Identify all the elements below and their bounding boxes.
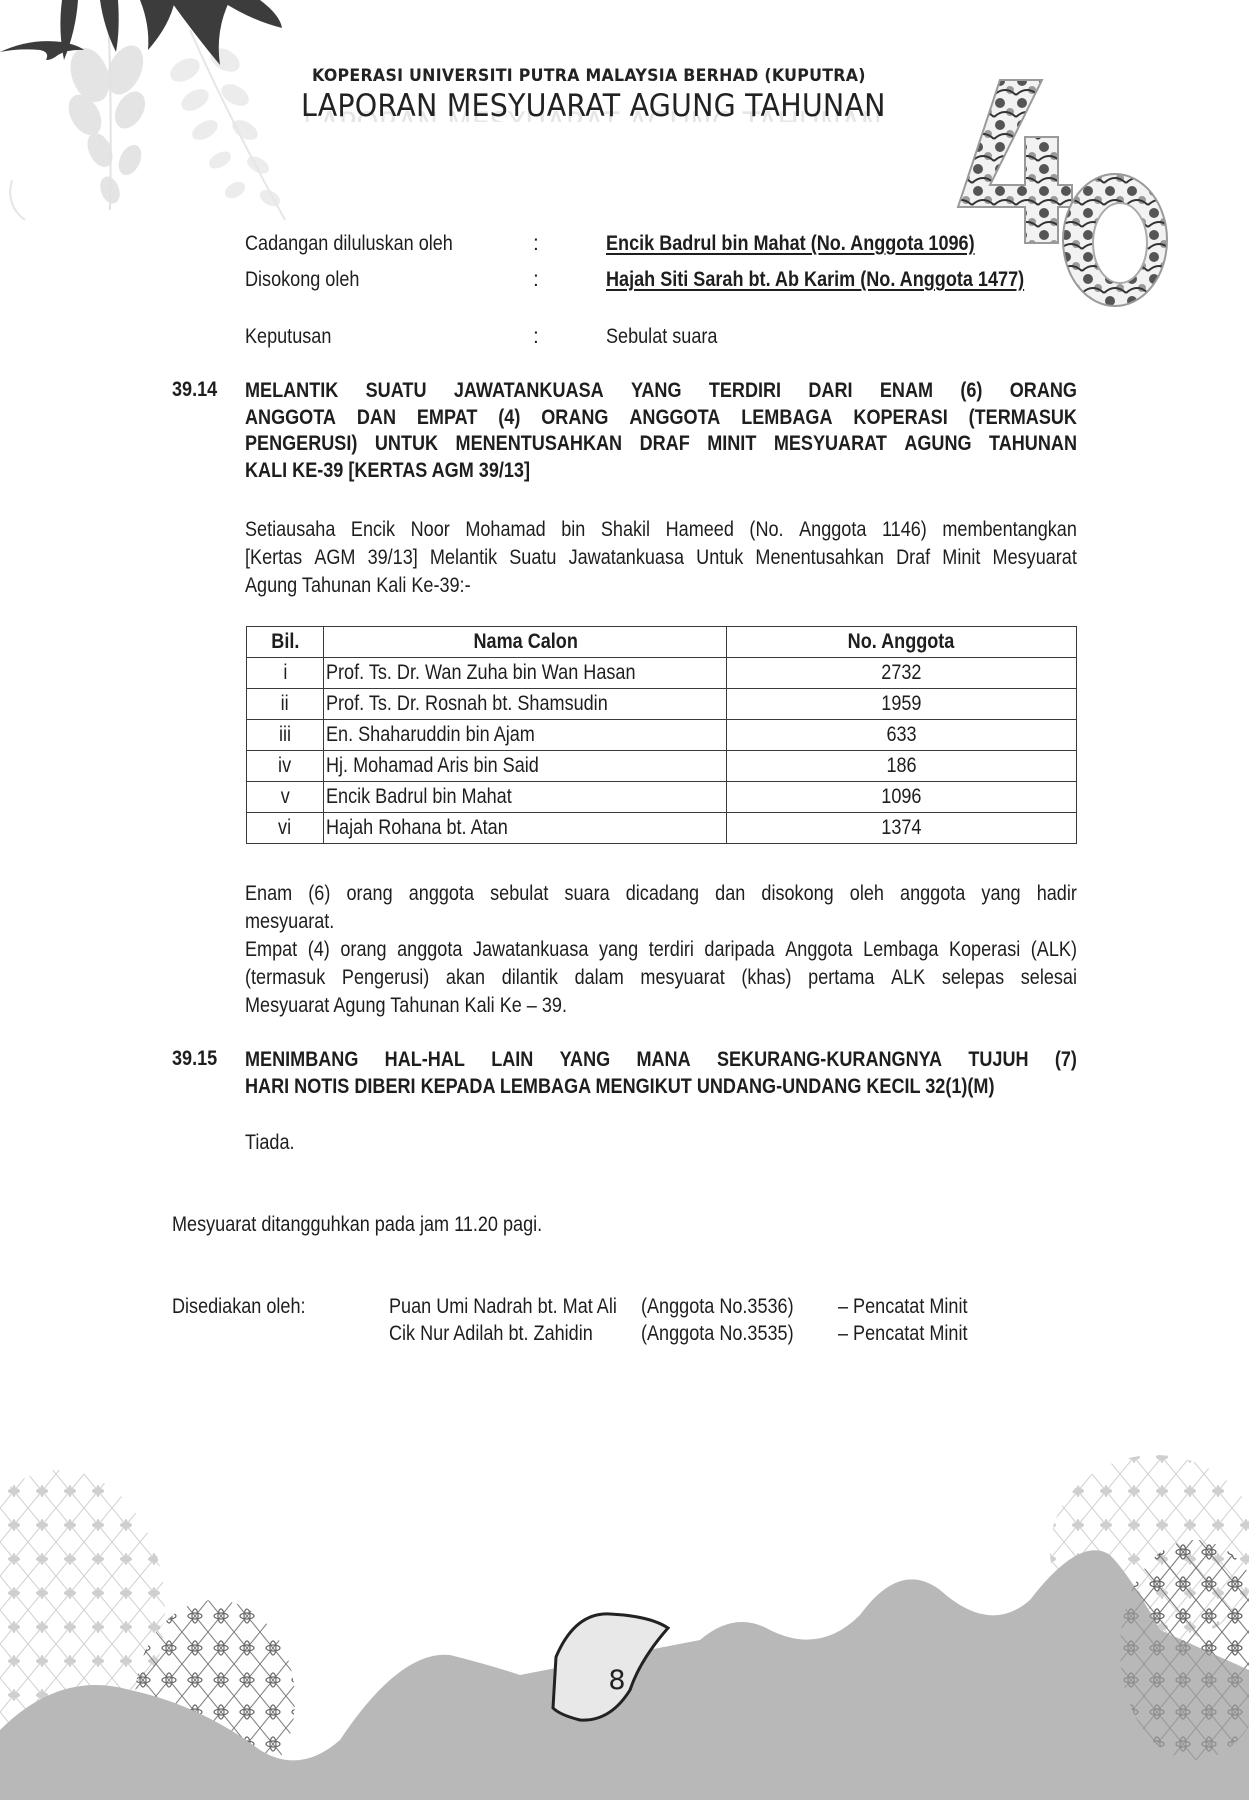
section-39-14-notes: Enam(6)oranganggotasebulatsuaradicadangd…: [245, 880, 1077, 1020]
heading-line: ANGGOTADANEMPAT(4)ORANGANGGOTALEMBAGAKOP…: [245, 405, 1077, 432]
column-header-bil: Bil.: [247, 627, 324, 658]
preparer-name: Puan Umi Nadrah bt. Mat Ali: [389, 1293, 617, 1321]
column-header-nama-calon: Nama Calon: [324, 627, 727, 658]
prepared-by-label: Disediakan oleh:: [172, 1293, 306, 1321]
seconder-value: Hajah Siti Sarah bt. Ab Karim (No. Anggo…: [606, 266, 1024, 294]
preparer-member-no: (Anggota No.3535): [641, 1320, 794, 1348]
text-line: Agung Tahunan Kali Ke-39:-: [245, 572, 1077, 600]
row-number-cell: iii: [247, 720, 324, 751]
section-39-15-body: Tiada.: [245, 1129, 295, 1157]
seconder-colon: :: [533, 266, 539, 294]
decision-colon: :: [533, 323, 539, 351]
row-number-cell: ii: [247, 689, 324, 720]
preparer-role: – Pencatat Minit: [838, 1293, 968, 1321]
section-39-14-intro: SetiausahaEncikNoorMohamadbinShakilHamee…: [245, 516, 1077, 600]
heading-line: HARI NOTIS DIBERI KEPADA LEMBAGA MENGIKU…: [245, 1074, 1077, 1101]
text-line: Mesyuarat Agung Tahunan Kali Ke – 39.: [245, 992, 1077, 1020]
candidate-name-cell: Hajah Rohana bt. Atan: [324, 813, 727, 844]
decision-label: Keputusan: [245, 323, 331, 351]
row-number-cell: iv: [247, 751, 324, 782]
heading-line: MELANTIKSUATUJAWATANKUASAYANGTERDIRIDARI…: [245, 378, 1077, 405]
adjournment-text: Mesyuarat ditangguhkan pada jam 11.20 pa…: [172, 1211, 542, 1239]
table-row: vEncik Badrul bin Mahat1096: [247, 782, 1077, 813]
table-header-row: Bil. Nama Calon No. Anggota: [247, 627, 1077, 658]
member-number-cell: 633: [727, 720, 1077, 751]
member-number-cell: 186: [727, 751, 1077, 782]
candidate-name-cell: Prof. Ts. Dr. Rosnah bt. Shamsudin: [324, 689, 727, 720]
column-header-no-anggota: No. Anggota: [727, 627, 1077, 658]
text-line: [KertasAGM39/13]MelantikSuatuJawatankuas…: [245, 544, 1077, 572]
member-number-cell: 1374: [727, 813, 1077, 844]
candidate-name-cell: Encik Badrul bin Mahat: [324, 782, 727, 813]
text-line: Empat(4)oranganggotaJawatankuasayangterd…: [245, 936, 1077, 964]
candidate-name-cell: En. Shaharuddin bin Ajam: [324, 720, 727, 751]
proposer-value: Encik Badrul bin Mahat (No. Anggota 1096…: [606, 230, 975, 258]
text-line: SetiausahaEncikNoorMohamadbinShakilHamee…: [245, 516, 1077, 544]
section-heading-39-15: MENIMBANGHAL-HALLAINYANGMANASEKURANG-KUR…: [245, 1047, 1077, 1100]
preparer-name: Cik Nur Adilah bt. Zahidin: [389, 1320, 593, 1348]
member-number-cell: 1959: [727, 689, 1077, 720]
foliage-decoration: [0, 0, 300, 230]
table-row: iiiEn. Shaharuddin bin Ajam633: [247, 720, 1077, 751]
heading-line: KALI KE-39 [KERTAS AGM 39/13]: [245, 458, 1077, 485]
section-number-39-14: 39.14: [172, 378, 217, 402]
text-line: Enam(6)oranganggotasebulatsuaradicadangd…: [245, 880, 1077, 908]
heading-line: MENIMBANGHAL-HALLAINYANGMANASEKURANG-KUR…: [245, 1047, 1077, 1074]
preparer-role: – Pencatat Minit: [838, 1320, 968, 1348]
text-line: (termasukPengerusi)akandilantikdalammesy…: [245, 964, 1077, 992]
candidate-name-cell: Hj. Mohamad Aris bin Said: [324, 751, 727, 782]
organization-name: KOPERASI UNIVERSITI PUTRA MALAYSIA BERHA…: [312, 66, 866, 86]
decision-value: Sebulat suara: [606, 323, 717, 351]
proposer-colon: :: [533, 230, 539, 258]
text-line: mesyuarat.: [245, 908, 1077, 936]
page-number: 8: [596, 1665, 638, 1696]
seconder-label: Disokong oleh: [245, 266, 359, 294]
table-row: iiProf. Ts. Dr. Rosnah bt. Shamsudin1959: [247, 689, 1077, 720]
candidates-table: Bil. Nama Calon No. Anggota iProf. Ts. D…: [246, 626, 1077, 844]
row-number-cell: v: [247, 782, 324, 813]
candidate-name-cell: Prof. Ts. Dr. Wan Zuha bin Wan Hasan: [324, 658, 727, 689]
row-number-cell: vi: [247, 813, 324, 844]
report-title: LAPORAN MESYUARAT AGUNG TAHUNAN: [301, 88, 886, 124]
section-heading-39-14: MELANTIKSUATUJAWATANKUASAYANGTERDIRIDARI…: [245, 378, 1077, 484]
section-number-39-15: 39.15: [172, 1047, 217, 1071]
member-number-cell: 1096: [727, 782, 1077, 813]
table-row: viHajah Rohana bt. Atan1374: [247, 813, 1077, 844]
row-number-cell: i: [247, 658, 324, 689]
member-number-cell: 2732: [727, 658, 1077, 689]
proposer-label: Cadangan diluluskan oleh: [245, 230, 453, 258]
footer-hills-decoration: [0, 1440, 1249, 1800]
heading-line: PENGERUSI)UNTUKMENENTUSAHKANDRAFMINITMES…: [245, 431, 1077, 458]
table-row: ivHj. Mohamad Aris bin Said186: [247, 751, 1077, 782]
table-row: iProf. Ts. Dr. Wan Zuha bin Wan Hasan273…: [247, 658, 1077, 689]
preparer-member-no: (Anggota No.3536): [641, 1293, 794, 1321]
